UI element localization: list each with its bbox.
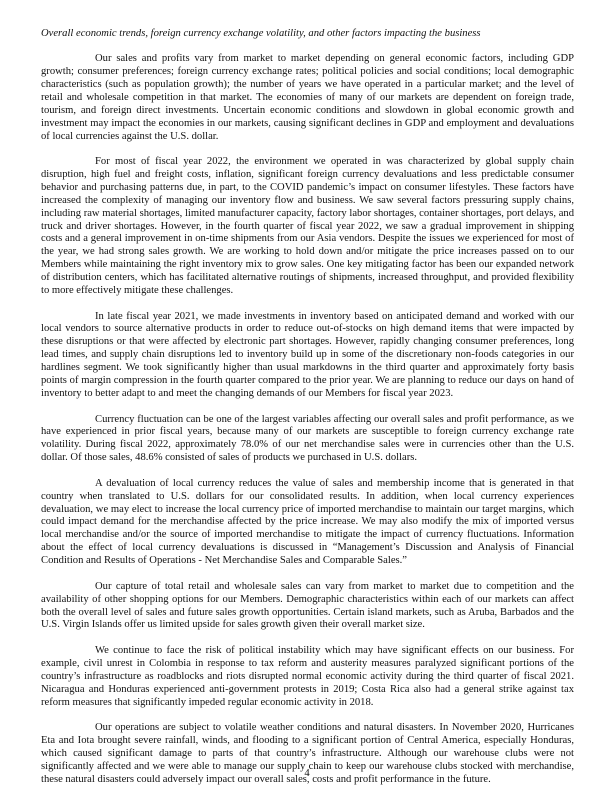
page-number: 4 xyxy=(0,768,614,779)
paragraph-inventory: In late fiscal year 2021, we made invest… xyxy=(41,311,574,401)
paragraph-supply-chain: For most of fiscal year 2022, the enviro… xyxy=(41,156,574,297)
paragraph-economic-factors: Our sales and profits vary from market t… xyxy=(41,53,574,143)
section-heading: Overall economic trends, foreign currenc… xyxy=(41,28,574,41)
document-page: Overall economic trends, foreign currenc… xyxy=(41,28,574,800)
paragraph-political-instability: We continue to face the risk of politica… xyxy=(41,645,574,709)
paragraph-currency-fluctuation: Currency fluctuation can be one of the l… xyxy=(41,414,574,465)
paragraph-currency-devaluation: A devaluation of local currency reduces … xyxy=(41,478,574,568)
paragraph-market-capture: Our capture of total retail and wholesal… xyxy=(41,581,574,632)
